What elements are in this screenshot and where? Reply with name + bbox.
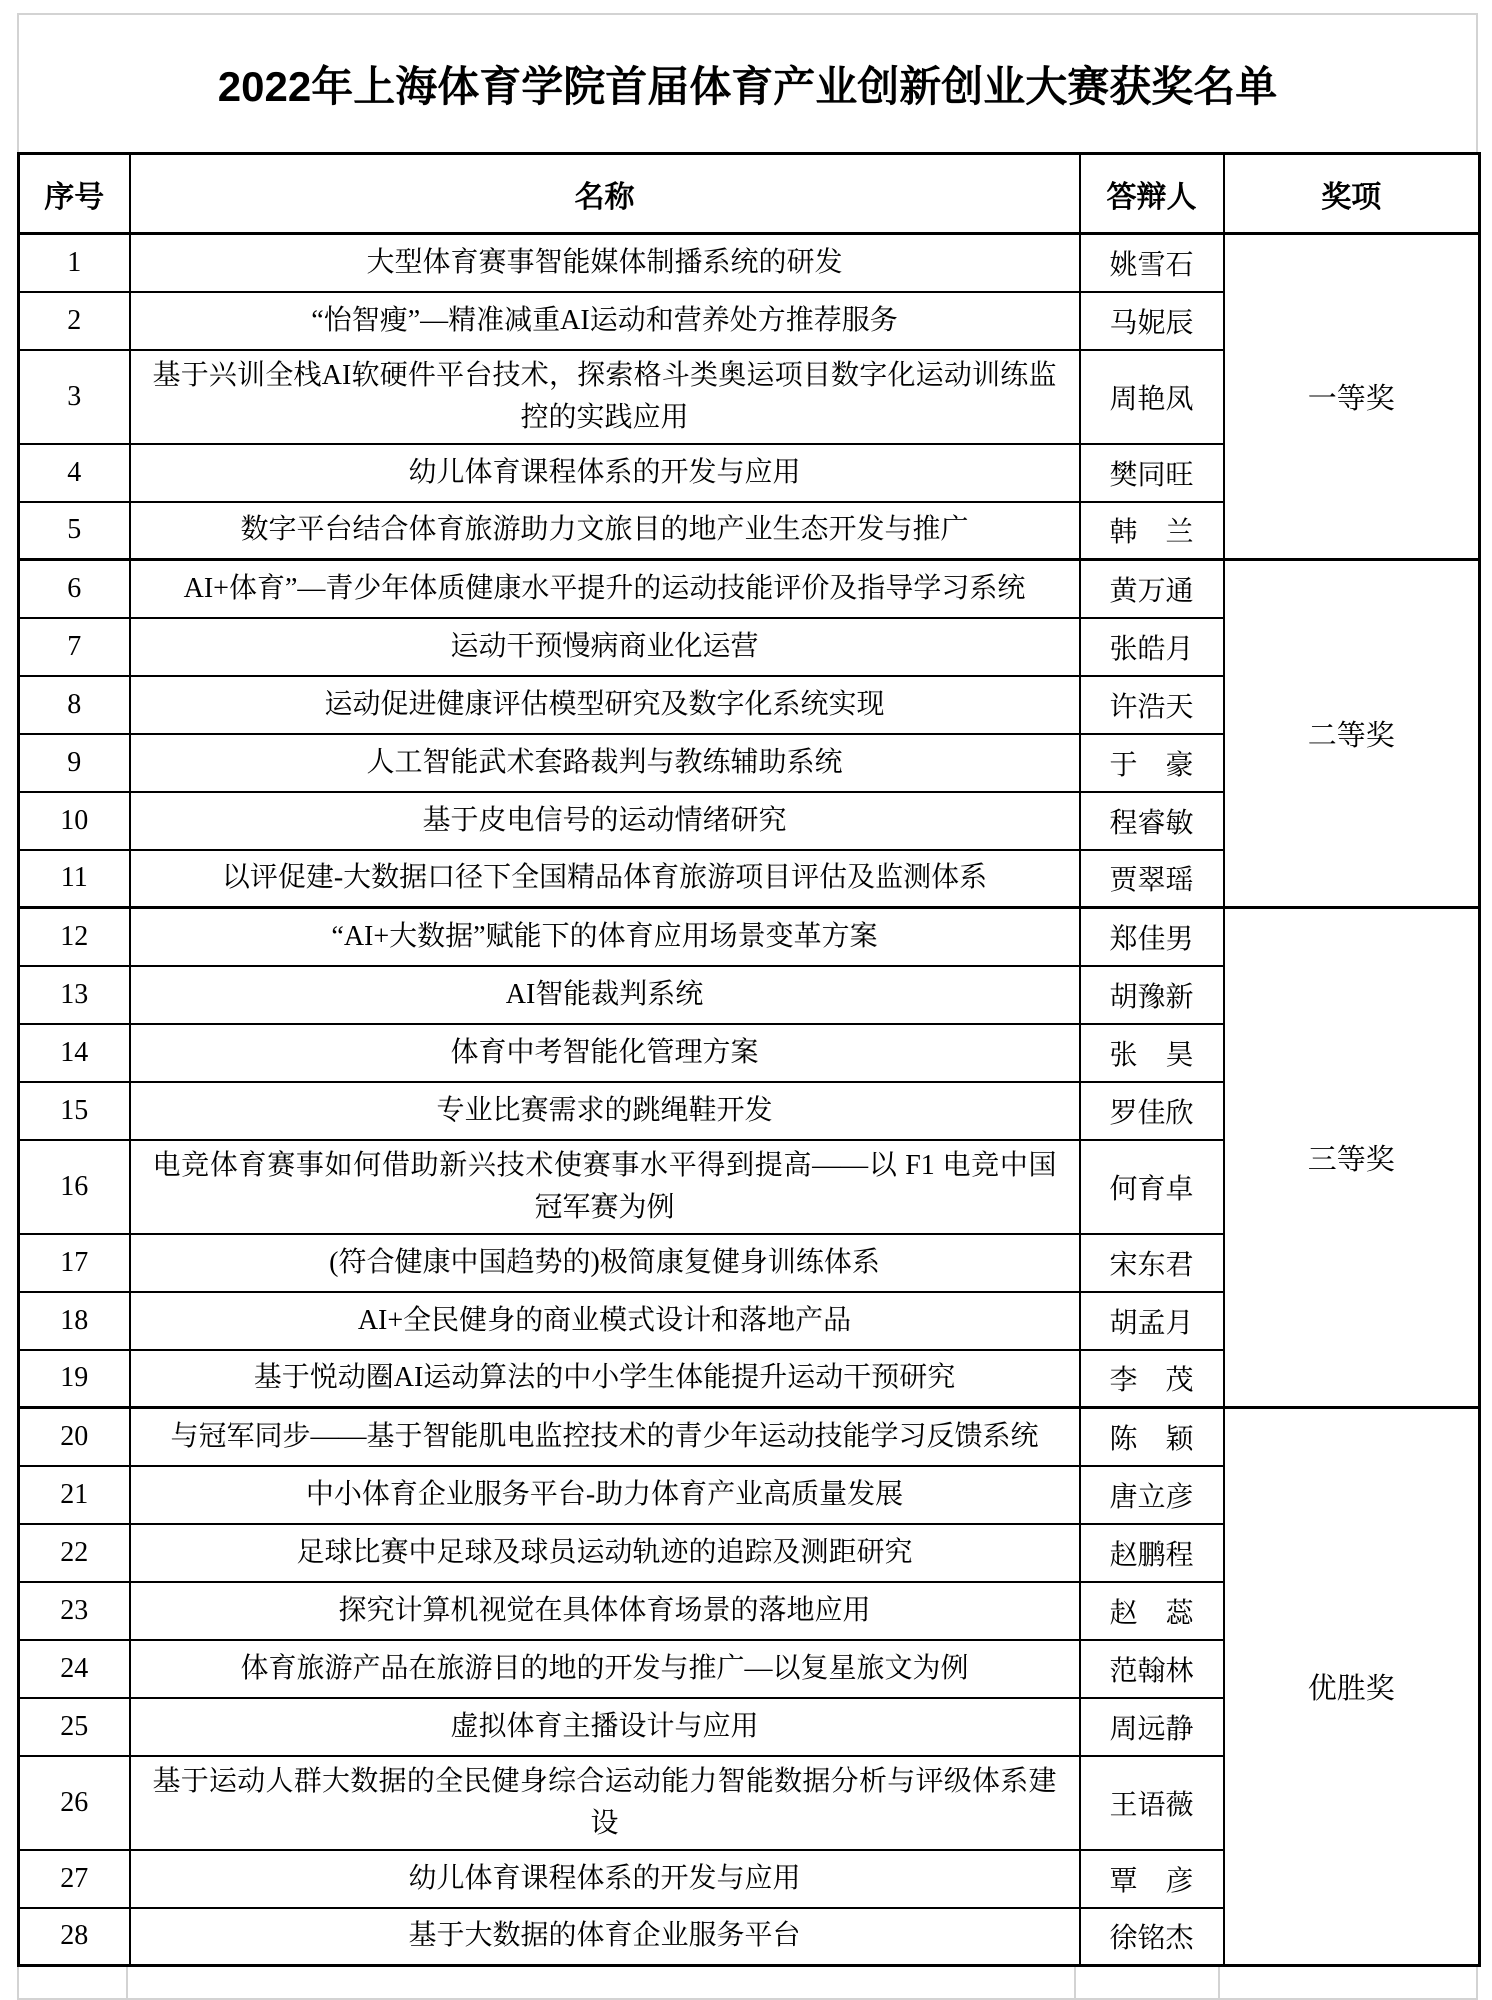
col-header-name: 名称 [130,154,1080,234]
row-presenter-cell: 陈 颖 [1080,1408,1224,1466]
row-presenter-cell: 徐铭杰 [1080,1908,1224,1966]
row-name-cell: 幼儿体育课程体系的开发与应用 [130,1850,1080,1908]
row-presenter-cell: 贾翠瑶 [1080,850,1224,908]
awards-table: 序号 名称 答辩人 奖项 1大型体育赛事智能媒体制播系统的研发姚雪石一等奖2“怡… [17,152,1481,1967]
row-index-cell: 10 [19,792,130,850]
empty-cell [19,1967,128,1998]
row-name-cell: 探究计算机视觉在具体体育场景的落地应用 [130,1582,1080,1640]
row-index-cell: 13 [19,966,130,1024]
awards-table-body: 1大型体育赛事智能媒体制播系统的研发姚雪石一等奖2“怡智瘦”—精准减重AI运动和… [19,234,1480,1966]
row-index-cell: 25 [19,1698,130,1756]
row-name-cell: “AI+大数据”赋能下的体育应用场景变革方案 [130,908,1080,966]
row-name-cell: 基于悦动圈AI运动算法的中小学生体能提升运动干预研究 [130,1350,1080,1408]
row-presenter-cell: 赵鹏程 [1080,1524,1224,1582]
trailing-empty-row [17,1967,1478,2000]
row-name-cell: “怡智瘦”—精准减重AI运动和营养处方推荐服务 [130,292,1080,350]
row-presenter-cell: 王语薇 [1080,1756,1224,1850]
row-presenter-cell: 覃 彦 [1080,1850,1224,1908]
row-index-cell: 15 [19,1082,130,1140]
row-presenter-cell: 黄万通 [1080,560,1224,618]
row-presenter-cell: 马妮辰 [1080,292,1224,350]
row-name-cell: 专业比赛需求的跳绳鞋开发 [130,1082,1080,1140]
row-name-cell: 虚拟体育主播设计与应用 [130,1698,1080,1756]
row-name-cell: (符合健康中国趋势的)极简康复健身训练体系 [130,1234,1080,1292]
row-name-cell: 足球比赛中足球及球员运动轨迹的追踪及测距研究 [130,1524,1080,1582]
row-index-cell: 21 [19,1466,130,1524]
row-presenter-cell: 何育卓 [1080,1140,1224,1234]
row-name-cell: 运动干预慢病商业化运营 [130,618,1080,676]
row-presenter-cell: 郑佳男 [1080,908,1224,966]
award-group-cell: 优胜奖 [1224,1408,1480,1966]
row-presenter-cell: 胡孟月 [1080,1292,1224,1350]
empty-cell [1220,1967,1476,1998]
row-presenter-cell: 范翰林 [1080,1640,1224,1698]
row-index-cell: 9 [19,734,130,792]
col-header-presenter: 答辩人 [1080,154,1224,234]
award-group-cell: 三等奖 [1224,908,1480,1408]
table-row: 6AI+体育”—青少年体质健康水平提升的运动技能评价及指导学习系统黄万通二等奖 [19,560,1480,618]
row-presenter-cell: 张 昊 [1080,1024,1224,1082]
empty-cell [1076,1967,1220,1998]
row-index-cell: 23 [19,1582,130,1640]
row-name-cell: 体育旅游产品在旅游目的地的开发与推广—以复星旅文为例 [130,1640,1080,1698]
row-index-cell: 19 [19,1350,130,1408]
row-index-cell: 11 [19,850,130,908]
row-index-cell: 8 [19,676,130,734]
row-name-cell: 基于皮电信号的运动情绪研究 [130,792,1080,850]
row-name-cell: 基于兴训全栈AI软硬件平台技术，探索格斗类奥运项目数字化运动训练监控的实践应用 [130,350,1080,444]
row-name-cell: 数字平台结合体育旅游助力文旅目的地产业生态开发与推广 [130,502,1080,560]
row-index-cell: 22 [19,1524,130,1582]
row-presenter-cell: 周艳凤 [1080,350,1224,444]
row-name-cell: 基于大数据的体育企业服务平台 [130,1908,1080,1966]
row-name-cell: 幼儿体育课程体系的开发与应用 [130,444,1080,502]
row-presenter-cell: 张皓月 [1080,618,1224,676]
page-title: 2022年上海体育学院首届体育产业创新创业大赛获奖名单 [17,13,1478,152]
row-index-cell: 18 [19,1292,130,1350]
row-index-cell: 17 [19,1234,130,1292]
row-presenter-cell: 罗佳欣 [1080,1082,1224,1140]
row-presenter-cell: 于 豪 [1080,734,1224,792]
row-name-cell: 人工智能武术套路裁判与教练辅助系统 [130,734,1080,792]
row-index-cell: 26 [19,1756,130,1850]
row-index-cell: 2 [19,292,130,350]
row-name-cell: 体育中考智能化管理方案 [130,1024,1080,1082]
row-name-cell: 大型体育赛事智能媒体制播系统的研发 [130,234,1080,292]
row-index-cell: 5 [19,502,130,560]
row-name-cell: 基于运动人群大数据的全民健身综合运动能力智能数据分析与评级体系建设 [130,1756,1080,1850]
row-name-cell: 与冠军同步——基于智能肌电监控技术的青少年运动技能学习反馈系统 [130,1408,1080,1466]
col-header-index: 序号 [19,154,130,234]
header-row: 序号 名称 答辩人 奖项 [19,154,1480,234]
row-name-cell: 中小体育企业服务平台-助力体育产业高质量发展 [130,1466,1080,1524]
row-presenter-cell: 周远静 [1080,1698,1224,1756]
row-index-cell: 12 [19,908,130,966]
row-index-cell: 20 [19,1408,130,1466]
row-presenter-cell: 樊同旺 [1080,444,1224,502]
row-name-cell: AI+全民健身的商业模式设计和落地产品 [130,1292,1080,1350]
award-group-cell: 二等奖 [1224,560,1480,908]
row-presenter-cell: 李 茂 [1080,1350,1224,1408]
row-index-cell: 28 [19,1908,130,1966]
row-presenter-cell: 韩 兰 [1080,502,1224,560]
row-index-cell: 24 [19,1640,130,1698]
row-index-cell: 1 [19,234,130,292]
row-presenter-cell: 程睿敏 [1080,792,1224,850]
empty-cell [128,1967,1076,1998]
table-row: 12“AI+大数据”赋能下的体育应用场景变革方案郑佳男三等奖 [19,908,1480,966]
row-name-cell: 运动促进健康评估模型研究及数字化系统实现 [130,676,1080,734]
row-name-cell: 以评促建-大数据口径下全国精品体育旅游项目评估及监测体系 [130,850,1080,908]
row-presenter-cell: 许浩天 [1080,676,1224,734]
table-row: 20与冠军同步——基于智能肌电监控技术的青少年运动技能学习反馈系统陈 颖优胜奖 [19,1408,1480,1466]
col-header-award: 奖项 [1224,154,1480,234]
row-presenter-cell: 赵 蕊 [1080,1582,1224,1640]
row-presenter-cell: 姚雪石 [1080,234,1224,292]
row-index-cell: 6 [19,560,130,618]
row-index-cell: 14 [19,1024,130,1082]
row-name-cell: AI智能裁判系统 [130,966,1080,1024]
row-index-cell: 7 [19,618,130,676]
row-index-cell: 27 [19,1850,130,1908]
award-group-cell: 一等奖 [1224,234,1480,560]
document-page: 2022年上海体育学院首届体育产业创新创业大赛获奖名单 序号 名称 答辩人 奖项… [17,13,1478,2000]
row-index-cell: 3 [19,350,130,444]
row-index-cell: 16 [19,1140,130,1234]
row-presenter-cell: 唐立彦 [1080,1466,1224,1524]
row-name-cell: 电竞体育赛事如何借助新兴技术使赛事水平得到提高——以 F1 电竞中国冠军赛为例 [130,1140,1080,1234]
row-name-cell: AI+体育”—青少年体质健康水平提升的运动技能评价及指导学习系统 [130,560,1080,618]
table-row: 1大型体育赛事智能媒体制播系统的研发姚雪石一等奖 [19,234,1480,292]
row-index-cell: 4 [19,444,130,502]
row-presenter-cell: 胡豫新 [1080,966,1224,1024]
row-presenter-cell: 宋东君 [1080,1234,1224,1292]
